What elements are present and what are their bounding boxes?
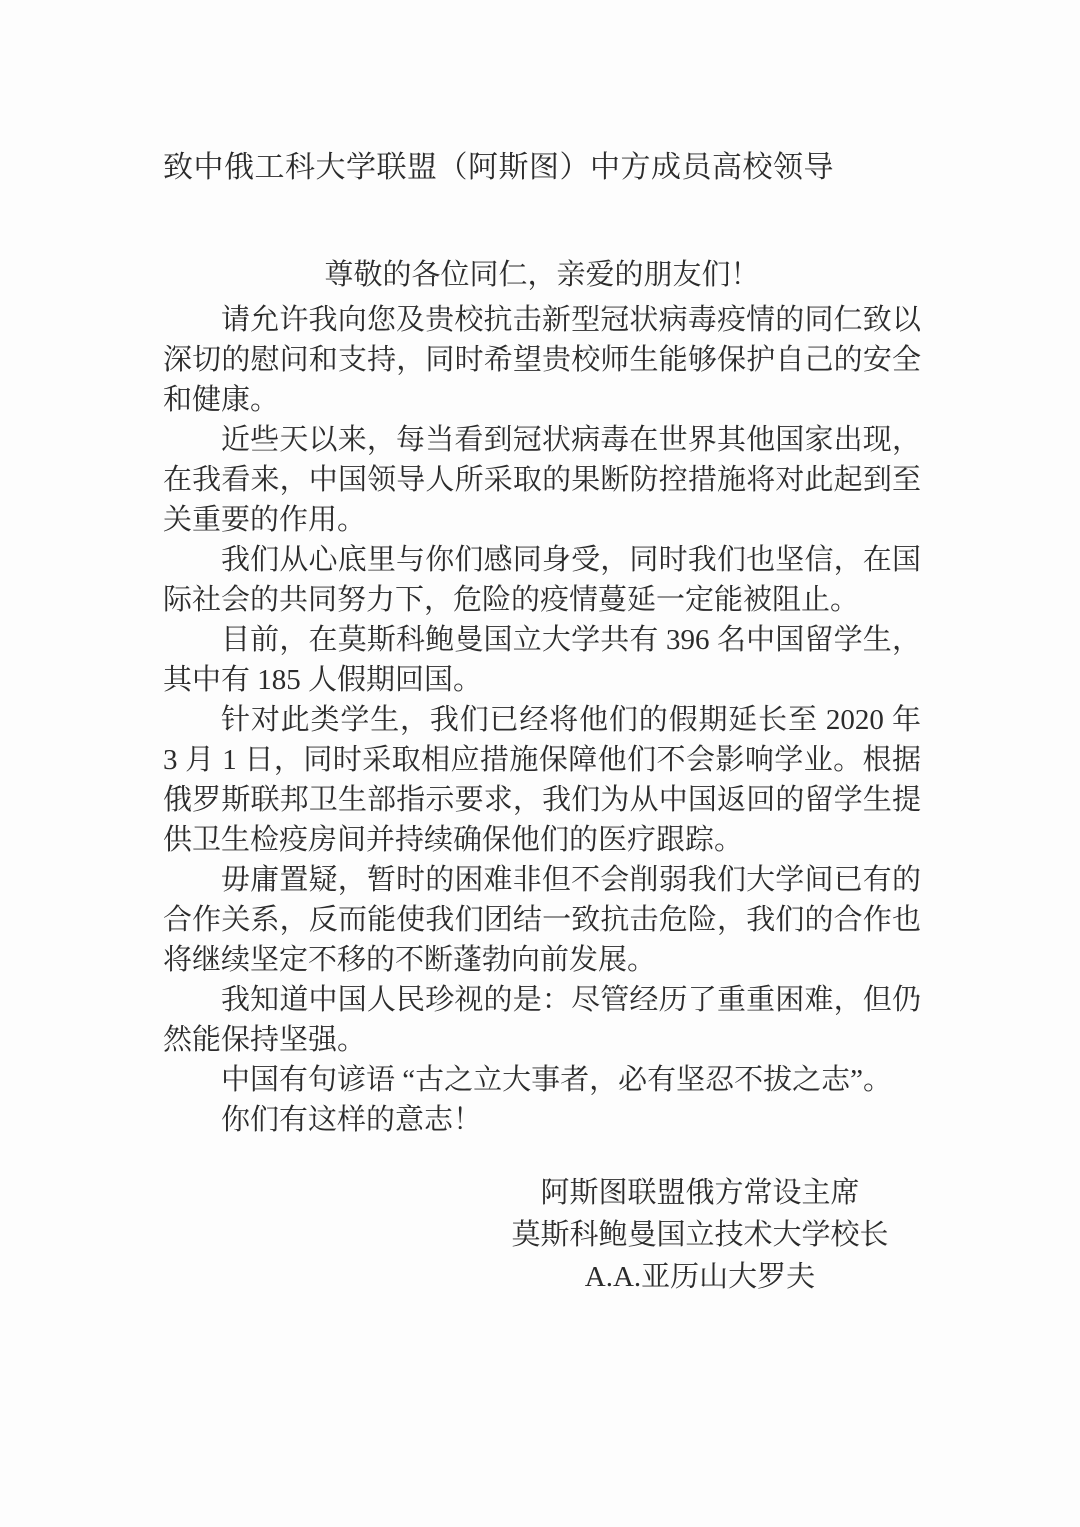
signature-line: 莫斯科鲍曼国立技术大学校长 <box>480 1214 920 1256</box>
letter-paragraph: 近些天以来，每当看到冠状病毒在世界其他国家出现，在我看来，中国领导人所采取的果断… <box>163 420 921 540</box>
signature-block: 阿斯图联盟俄方常设主席莫斯科鲍曼国立技术大学校长A.A.亚历山大罗夫 <box>480 1172 920 1298</box>
letter-paragraph: 目前，在莫斯科鲍曼国立大学共有 396 名中国留学生，其中有 185 人假期回国… <box>163 620 921 700</box>
letter-paragraph: 我知道中国人民珍视的是：尽管经历了重重困难，但仍然能保持坚强。 <box>163 980 921 1060</box>
letter-salutation: 尊敬的各位同仁，亲爱的朋友们！ <box>163 255 921 295</box>
signature-line: 阿斯图联盟俄方常设主席 <box>480 1172 920 1214</box>
letter-paragraph: 你们有这样的意志！ <box>163 1100 921 1140</box>
letter-paragraph: 我们从心底里与你们感同身受，同时我们也坚信，在国际社会的共同努力下，危险的疫情蔓… <box>163 540 921 620</box>
letter-recipient-heading: 致中俄工科大学联盟（阿斯图）中方成员高校领导 <box>163 148 921 188</box>
scanned-letter-page: 致中俄工科大学联盟（阿斯图）中方成员高校领导 尊敬的各位同仁，亲爱的朋友们！ 请… <box>0 0 1080 1527</box>
signature-line: A.A.亚历山大罗夫 <box>480 1256 920 1298</box>
letter-paragraph: 请允许我向您及贵校抗击新型冠状病毒疫情的同仁致以深切的慰问和支持，同时希望贵校师… <box>163 300 921 420</box>
letter-paragraph: 针对此类学生，我们已经将他们的假期延长至 2020 年 3 月 1 日，同时采取… <box>163 700 921 860</box>
letter-paragraph: 中国有句谚语 “古之立大事者，必有坚忍不拔之志”。 <box>163 1060 921 1100</box>
letter-content: 致中俄工科大学联盟（阿斯图）中方成员高校领导 尊敬的各位同仁，亲爱的朋友们！ 请… <box>163 148 921 1140</box>
letter-body: 请允许我向您及贵校抗击新型冠状病毒疫情的同仁致以深切的慰问和支持，同时希望贵校师… <box>163 300 921 1140</box>
letter-paragraph: 毋庸置疑，暂时的困难非但不会削弱我们大学间已有的合作关系，反而能使我们团结一致抗… <box>163 860 921 980</box>
